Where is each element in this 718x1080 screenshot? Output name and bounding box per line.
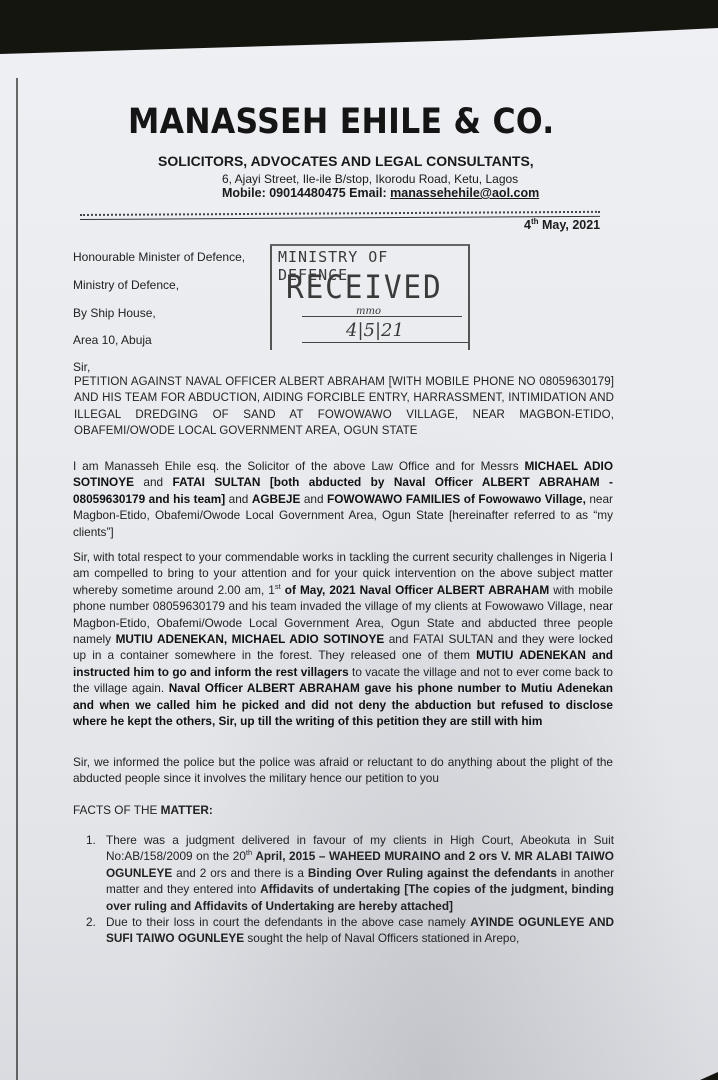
paragraph-intro: I am Manasseh Ehile esq. the Solicitor o… bbox=[73, 458, 613, 540]
mobile-label: Mobile: 09014480475 Email: bbox=[222, 186, 390, 200]
email-link[interactable]: manassehehile@aol.com bbox=[390, 186, 539, 200]
paragraph-incident: Sir, with total respect to your commenda… bbox=[73, 549, 613, 729]
firm-address: 6, Ajayi Street, Ile-ile B/stop, Ikorodu… bbox=[222, 172, 518, 186]
fact-number: 1. bbox=[86, 832, 96, 848]
stamp-status: RECEIVED bbox=[286, 268, 443, 306]
paragraph-police: Sir, we informed the police but the poli… bbox=[73, 754, 613, 787]
petition-subject: PETITION AGAINST NAVAL OFFICER ALBERT AB… bbox=[74, 374, 614, 440]
date-suffix: th bbox=[531, 217, 539, 226]
received-stamp: MINISTRY OF DEFENCE RECEIVED mmo 4|5|21 bbox=[270, 244, 470, 350]
recipient-line: Area 10, Abuja bbox=[73, 333, 152, 347]
facts-heading-bold: MATTER: bbox=[161, 803, 213, 817]
fact-number: 2. bbox=[86, 914, 96, 930]
stamp-line bbox=[302, 316, 462, 317]
recipient-line: Honourable Minister of Defence, bbox=[73, 250, 245, 264]
firm-contact: Mobile: 09014480475 Email: manassehehile… bbox=[222, 186, 539, 200]
fact-text: There was a judgment delivered in favour… bbox=[106, 832, 614, 914]
fact-item: 2. Due to their loss in court the defend… bbox=[106, 914, 614, 947]
recipient-line: Ministry of Defence, bbox=[73, 278, 179, 292]
letter-date: 4th May, 2021 bbox=[524, 218, 600, 232]
facts-heading: FACTS OF THE MATTER: bbox=[73, 803, 213, 817]
fact-item: 1. There was a judgment delivered in fav… bbox=[106, 832, 614, 914]
date-day: 4 bbox=[524, 218, 531, 232]
letterhead-divider bbox=[80, 211, 600, 220]
letter: MANASSEH EHILE & CO. SOLICITORS, ADVOCAT… bbox=[0, 0, 718, 1080]
firm-name: MANASSEH EHILE & CO. bbox=[128, 102, 554, 142]
facts-heading-plain: FACTS OF THE bbox=[73, 803, 161, 817]
recipient-line: By Ship House, bbox=[73, 306, 156, 320]
date-rest: May, 2021 bbox=[539, 218, 601, 232]
stamp-date: 4|5|21 bbox=[346, 320, 404, 341]
stamp-initials: mmo bbox=[356, 306, 381, 317]
stamp-line bbox=[302, 342, 468, 343]
firm-subtitle: SOLICITORS, ADVOCATES AND LEGAL CONSULTA… bbox=[158, 153, 534, 169]
salutation: Sir, bbox=[73, 360, 90, 374]
fact-text: Due to their loss in court the defendant… bbox=[106, 914, 614, 947]
